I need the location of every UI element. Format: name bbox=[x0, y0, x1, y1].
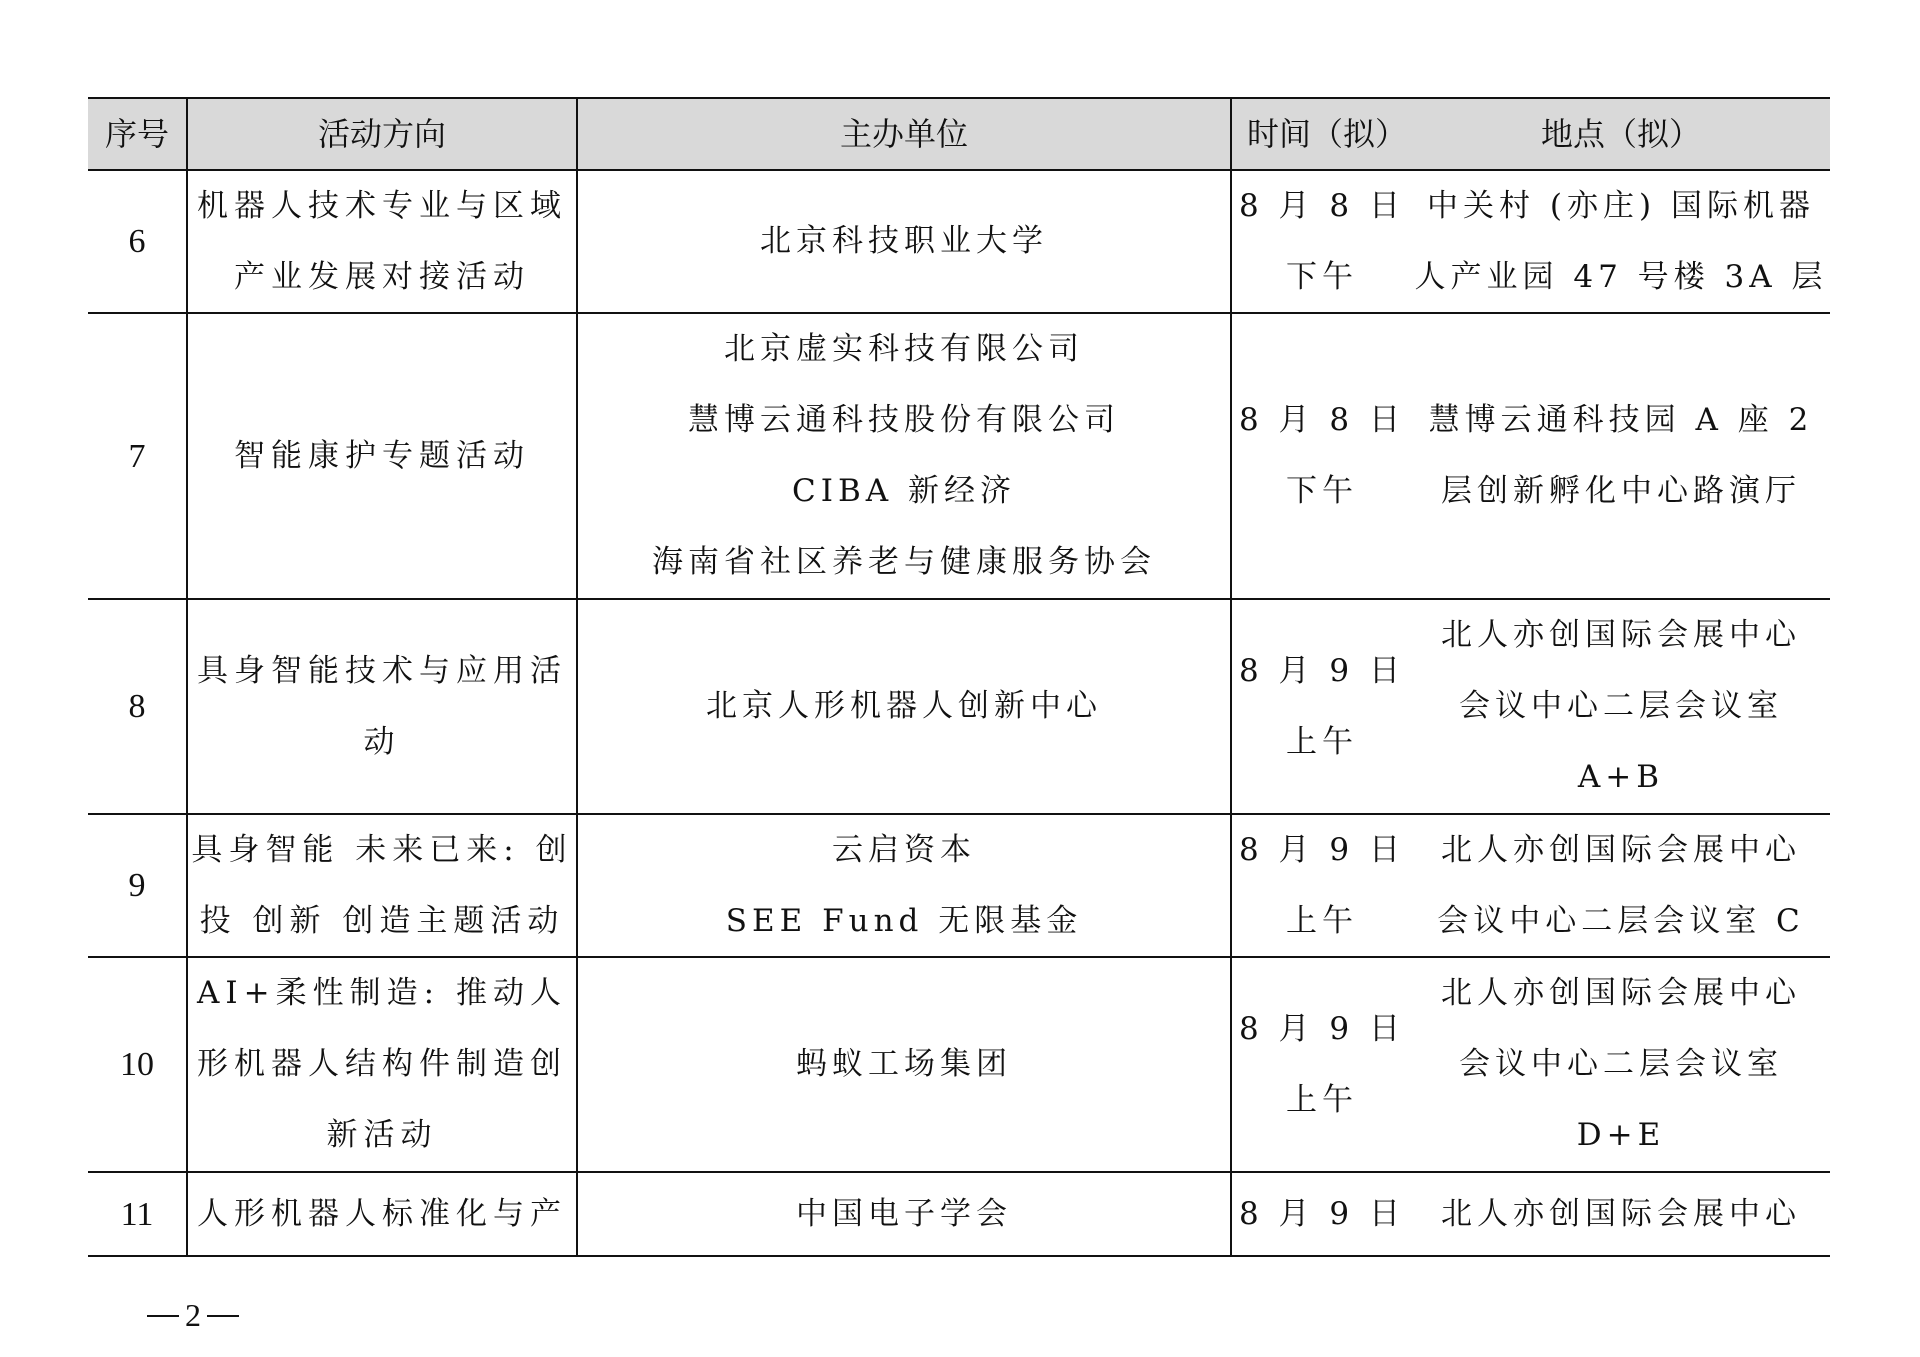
time-line: 8 月 8 日 bbox=[1239, 385, 1405, 456]
row-time: 8 月 8 日 下午 bbox=[1232, 314, 1412, 598]
direction-line: 动 bbox=[364, 707, 401, 778]
page-footer: 2 bbox=[147, 1297, 239, 1334]
time-line: 8 月 9 日 bbox=[1239, 994, 1405, 1065]
row-serial-number: 6 bbox=[88, 171, 188, 312]
row-location: 北人亦创国际会展中心 会议中心二层会议室 A+B bbox=[1412, 600, 1830, 813]
page-number: 2 bbox=[185, 1297, 201, 1334]
organizer-line: SEE Fund 无限基金 bbox=[726, 886, 1083, 957]
time-line: 上午 bbox=[1286, 886, 1358, 957]
table-row: 7 智能康护专题活动 北京虚实科技有限公司 慧博云通科技股份有限公司 CIBA … bbox=[88, 314, 1830, 600]
location-line: 北人亦创国际会展中心 bbox=[1441, 815, 1801, 886]
row-activity-direction: 机器人技术专业与区域 产业发展对接活动 bbox=[188, 171, 578, 312]
direction-line: 投 创新 创造主题活动 bbox=[200, 886, 565, 957]
organizer-line: 海南省社区养老与健康服务协会 bbox=[652, 527, 1156, 598]
time-line: 下午 bbox=[1286, 242, 1358, 313]
location-line: 慧博云通科技园 A 座 2 bbox=[1429, 385, 1814, 456]
direction-line: 人形机器人标准化与产 bbox=[197, 1179, 567, 1250]
time-line: 上午 bbox=[1286, 1065, 1358, 1136]
row-location: 中关村 (亦庄) 国际机器 人产业园 47 号楼 3A 层 bbox=[1412, 171, 1830, 312]
time-line: 上午 bbox=[1286, 707, 1358, 778]
location-line: 会议中心二层会议室 bbox=[1459, 1029, 1783, 1100]
time-line: 8 月 8 日 bbox=[1239, 171, 1405, 242]
table-row: 6 机器人技术专业与区域 产业发展对接活动 北京科技职业大学 8 月 8 日 下… bbox=[88, 171, 1830, 314]
header-serial-number: 序号 bbox=[88, 99, 188, 169]
row-time: 8 月 9 日 上午 bbox=[1232, 600, 1412, 813]
row-organizer: 蚂蚁工场集团 bbox=[578, 958, 1232, 1171]
direction-line: AI+柔性制造: 推动人 bbox=[197, 958, 567, 1029]
direction-line: 具身智能技术与应用活 bbox=[197, 636, 567, 707]
location-line: 人产业园 47 号楼 3A 层 bbox=[1415, 242, 1828, 313]
page-number-dash-left bbox=[147, 1315, 179, 1317]
organizer-line: 北京人形机器人创新中心 bbox=[706, 671, 1102, 742]
row-activity-direction: 具身智能 未来已来: 创 投 创新 创造主题活动 bbox=[188, 815, 578, 956]
row-serial-number: 10 bbox=[88, 958, 188, 1171]
row-organizer: 云启资本 SEE Fund 无限基金 bbox=[578, 815, 1232, 956]
row-location: 慧博云通科技园 A 座 2 层创新孵化中心路演厅 bbox=[1412, 314, 1830, 598]
location-line: D+E bbox=[1577, 1100, 1665, 1171]
organizer-line: 中国电子学会 bbox=[796, 1179, 1012, 1250]
direction-line: 机器人技术专业与区域 bbox=[197, 171, 567, 242]
header-location: 地点（拟） bbox=[1412, 98, 1830, 170]
location-line: 北人亦创国际会展中心 bbox=[1441, 1179, 1801, 1250]
organizer-line: 云启资本 bbox=[832, 815, 976, 886]
row-serial-number: 11 bbox=[88, 1173, 188, 1255]
row-location: 北人亦创国际会展中心 会议中心二层会议室 C bbox=[1412, 815, 1830, 956]
row-activity-direction: 智能康护专题活动 bbox=[188, 314, 578, 598]
direction-line: 新活动 bbox=[327, 1100, 438, 1171]
table-row: 11 人形机器人标准化与产 中国电子学会 8 月 9 日 北人亦创国际会展中心 bbox=[88, 1173, 1830, 1257]
organizer-line: CIBA 新经济 bbox=[792, 456, 1016, 527]
header-organizer: 主办单位 bbox=[578, 99, 1232, 169]
location-line: A+B bbox=[1578, 742, 1664, 813]
organizer-line: 蚂蚁工场集团 bbox=[796, 1029, 1012, 1100]
organizer-line: 慧博云通科技股份有限公司 bbox=[688, 385, 1120, 456]
organizer-line: 北京科技职业大学 bbox=[760, 206, 1048, 277]
time-line: 下午 bbox=[1286, 456, 1358, 527]
row-time: 8 月 8 日 下午 bbox=[1232, 171, 1412, 312]
organizer-line: 北京虚实科技有限公司 bbox=[724, 314, 1084, 385]
location-line: 北人亦创国际会展中心 bbox=[1441, 600, 1801, 671]
header-activity-direction: 活动方向 bbox=[188, 99, 578, 169]
direction-line: 具身智能 未来已来: 创 bbox=[191, 815, 572, 886]
row-location: 北人亦创国际会展中心 会议中心二层会议室 D+E bbox=[1412, 958, 1830, 1171]
row-activity-direction: 具身智能技术与应用活 动 bbox=[188, 600, 578, 813]
row-serial-number: 8 bbox=[88, 600, 188, 813]
table-row: 8 具身智能技术与应用活 动 北京人形机器人创新中心 8 月 9 日 上午 北人… bbox=[88, 600, 1830, 815]
row-time: 8 月 9 日 bbox=[1232, 1173, 1412, 1255]
time-line: 8 月 9 日 bbox=[1239, 815, 1405, 886]
time-line: 8 月 9 日 bbox=[1239, 1179, 1405, 1250]
header-time-location: 时间（拟） 地点（拟） bbox=[1232, 99, 1830, 169]
table-row: 9 具身智能 未来已来: 创 投 创新 创造主题活动 云启资本 SEE Fund… bbox=[88, 815, 1830, 958]
row-location: 北人亦创国际会展中心 bbox=[1412, 1173, 1830, 1255]
page-number-dash-right bbox=[207, 1315, 239, 1317]
row-organizer: 中国电子学会 bbox=[578, 1173, 1232, 1255]
location-line: 会议中心二层会议室 C bbox=[1437, 886, 1805, 957]
time-line: 8 月 9 日 bbox=[1239, 636, 1405, 707]
row-time: 8 月 9 日 上午 bbox=[1232, 958, 1412, 1171]
row-serial-number: 7 bbox=[88, 314, 188, 598]
header-time: 时间（拟） bbox=[1232, 98, 1412, 170]
location-line: 会议中心二层会议室 bbox=[1459, 671, 1783, 742]
row-time: 8 月 9 日 上午 bbox=[1232, 815, 1412, 956]
direction-line: 形机器人结构件制造创 bbox=[197, 1029, 567, 1100]
location-line: 层创新孵化中心路演厅 bbox=[1441, 456, 1801, 527]
row-organizer: 北京科技职业大学 bbox=[578, 171, 1232, 312]
row-serial-number: 9 bbox=[88, 815, 188, 956]
direction-line: 智能康护专题活动 bbox=[234, 421, 530, 492]
row-organizer: 北京人形机器人创新中心 bbox=[578, 600, 1232, 813]
location-line: 北人亦创国际会展中心 bbox=[1441, 958, 1801, 1029]
location-line: 中关村 (亦庄) 国际机器 bbox=[1427, 171, 1815, 242]
row-activity-direction: AI+柔性制造: 推动人 形机器人结构件制造创 新活动 bbox=[188, 958, 578, 1171]
row-organizer: 北京虚实科技有限公司 慧博云通科技股份有限公司 CIBA 新经济 海南省社区养老… bbox=[578, 314, 1232, 598]
table-row: 10 AI+柔性制造: 推动人 形机器人结构件制造创 新活动 蚂蚁工场集团 8 … bbox=[88, 958, 1830, 1173]
activity-schedule-table: 序号 活动方向 主办单位 时间（拟） 地点（拟） 6 机器人技术专业与区域 产业… bbox=[88, 97, 1830, 1257]
table-header-row: 序号 活动方向 主办单位 时间（拟） 地点（拟） bbox=[88, 99, 1830, 171]
row-activity-direction: 人形机器人标准化与产 bbox=[188, 1173, 578, 1255]
direction-line: 产业发展对接活动 bbox=[234, 242, 530, 313]
